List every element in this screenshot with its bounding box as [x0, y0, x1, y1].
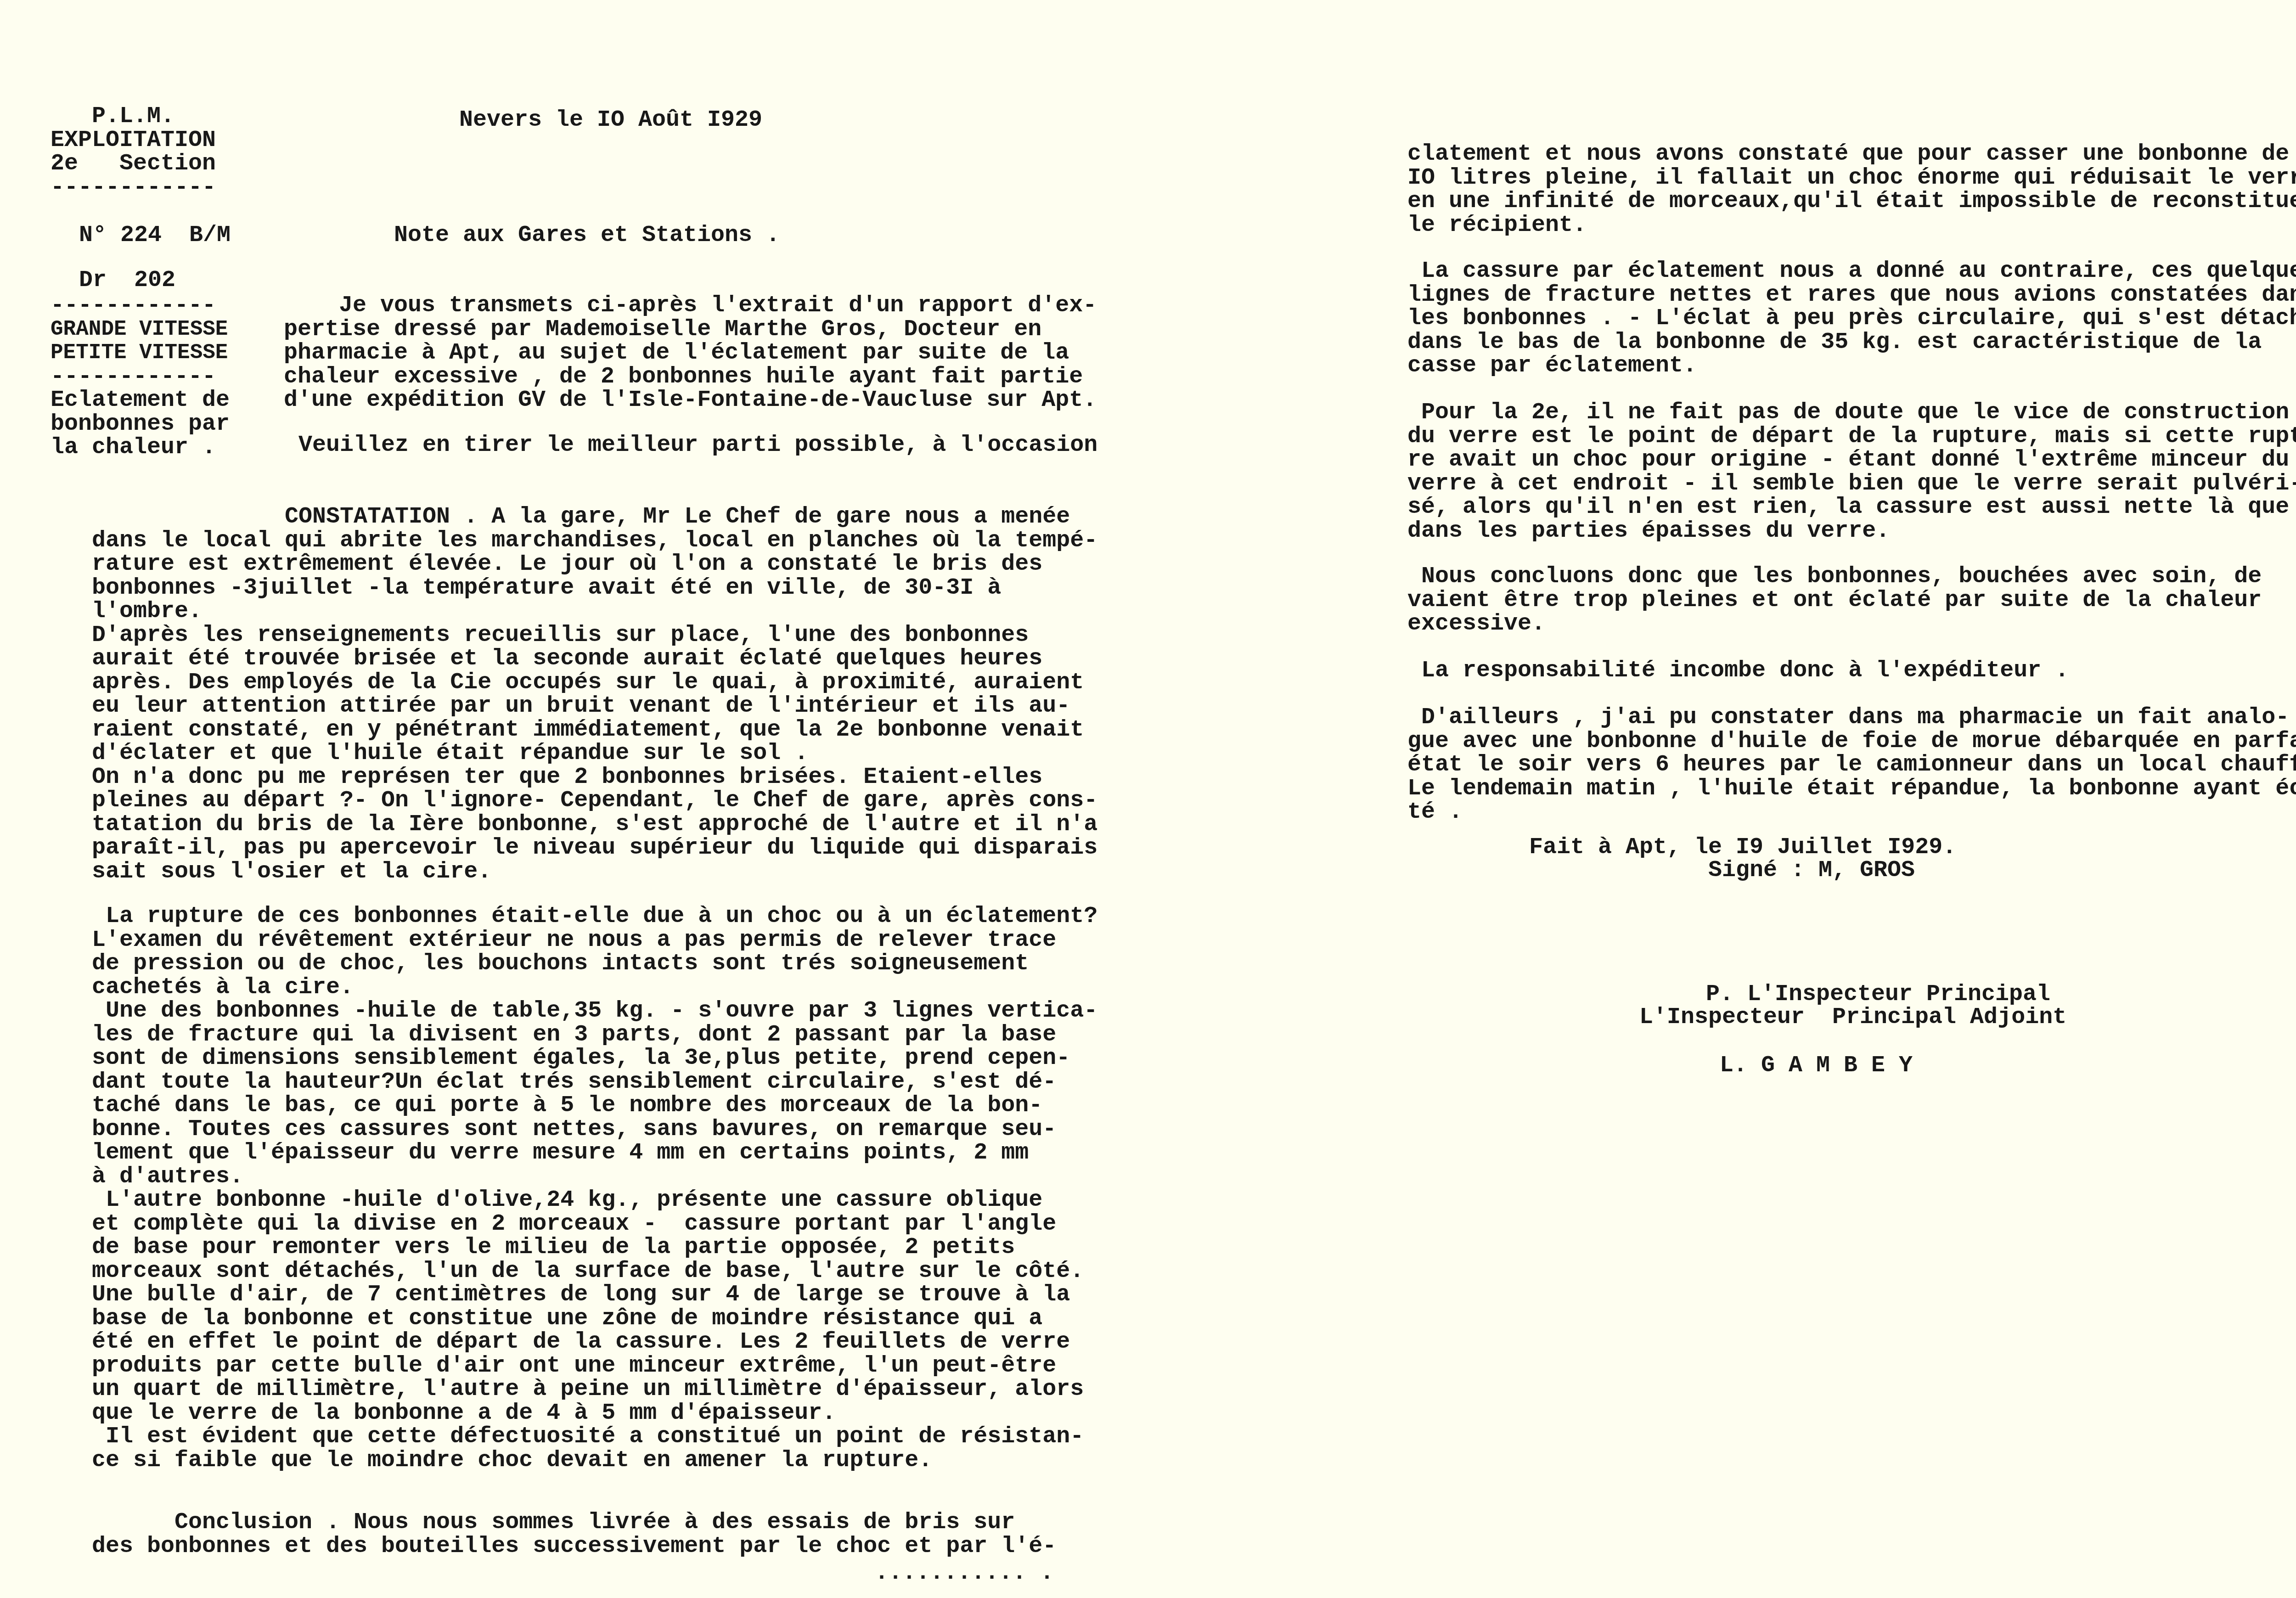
subject-line: la chaleur . [51, 436, 230, 460]
text-line: cachetés à la cire. [92, 976, 1097, 1000]
text-line: rature est extrêmement élevée. Le jour o… [92, 552, 1097, 576]
company-name: P.L.M. [51, 105, 216, 129]
sidebar-separator: ------------ [51, 365, 230, 389]
text-line: été en effet le point de départ de la ca… [92, 1330, 1097, 1354]
text-line: dans le bas de la bonbonne de 35 kg. est… [1407, 331, 2296, 354]
sidebar-separator: ------------ [51, 294, 230, 318]
text-line: IO litres pleine, il fallait un choc éno… [1407, 166, 2296, 190]
text-line: que le verre de la bonbonne a de 4 à 5 m… [92, 1401, 1097, 1425]
header-separator: ------------ [51, 176, 216, 200]
text-line: On n'a donc pu me représen ter que 2 bon… [92, 765, 1097, 789]
text-line: tatation du bris de la Ière bonbonne, s'… [92, 813, 1097, 837]
section-name: 2e Section [51, 152, 216, 176]
report-paragraph: D'ailleurs , j'ai pu constater dans ma p… [1407, 706, 2296, 824]
text-line: et complète qui la divise en 2 morceaux … [92, 1212, 1097, 1236]
text-line: clatement et nous avons constaté que pou… [1407, 142, 2296, 166]
text-line: de base pour remonter vers le milieu de … [92, 1236, 1097, 1260]
text-line: La cassure par éclatement nous a donné a… [1407, 259, 2296, 283]
text-line: taché dans le bas, ce qui porte à 5 le n… [92, 1094, 1097, 1118]
date-line: Nevers le IO Août I929 [459, 108, 762, 132]
request-line: Veuillez en tirer le meilleur parti poss… [257, 433, 1097, 457]
text-line: en une infinité de morceaux,qu'il était … [1407, 190, 2296, 214]
text-line: chaleur excessive , de 2 bonbonnes huile… [284, 365, 1097, 389]
text-line: Nous concluons donc que les bonbonnes, b… [1407, 565, 2262, 589]
text-line: gue avec une bonbonne d'huile de foie de… [1407, 730, 2296, 754]
report-paragraph: Nous concluons donc que les bonbonnes, b… [1407, 565, 2262, 636]
continuation-marker: ........... . [875, 1561, 1054, 1585]
text-line: excessive. [1407, 612, 2262, 636]
report-paragraph: La cassure par éclatement nous a donné a… [1407, 259, 2296, 378]
text-line: Une des bonbonnes -huile de table,35 kg.… [92, 999, 1097, 1023]
text-line: La rupture de ces bonbonnes était-elle d… [92, 905, 1097, 928]
constatation-section: CONSTATATION . A la gare, Mr Le Chef de … [92, 505, 1097, 883]
reference-number: N° 224 B/M [79, 224, 231, 248]
text-line: Pour la 2e, il ne fait pas de doute que … [1407, 401, 2296, 425]
text-line: Je vous transmets ci-après l'extrait d'u… [284, 294, 1097, 318]
text-line: le récipient. [1407, 214, 2296, 237]
text-line: L'autre bonbonne -huile d'olive,24 kg., … [92, 1188, 1097, 1212]
text-line: paraît-il, pas pu apercevoir le niveau s… [92, 836, 1097, 860]
text-line: pleines au départ ?- On l'ignore- Cepend… [92, 789, 1097, 813]
text-line: d'une expédition GV de l'Isle-Fontaine-d… [284, 388, 1097, 412]
text-line: Le lendemain matin , l'huile était répan… [1407, 777, 2296, 801]
text-line: lignes de fracture nettes et rares que n… [1407, 283, 2296, 307]
report-signed-by: Signé : M, GROS [1708, 859, 1915, 883]
dossier-number: Dr 202 [79, 269, 175, 293]
subject-line: bonbonnes par [51, 412, 230, 436]
text-line: ce si faible que le moindre choc devait … [92, 1449, 1097, 1473]
text-line: D'après les renseignements recueillis su… [92, 624, 1097, 647]
signatory-subtitle: L'Inspecteur Principal Adjoint [1639, 1006, 2066, 1030]
text-line: l'ombre. [92, 600, 1097, 624]
letterhead: P.L.M. EXPLOITATION 2e Section ---------… [51, 105, 216, 199]
text-line: dant toute la hauteur?Un éclat trés sens… [92, 1070, 1097, 1094]
sidebar-classification: ------------ GRANDE VITESSE PETITE VITES… [51, 294, 230, 460]
report-place-date: Fait à Apt, le I9 Juillet I929. [1529, 836, 1956, 860]
text-line: sait sous l'osier et la cire. [92, 860, 1097, 884]
service-grande-vitesse: GRANDE VITESSE [51, 318, 230, 342]
text-line: après. Des employés de la Cie occupés su… [92, 671, 1097, 695]
text-line: sé, alors qu'il n'en est rien, la cassur… [1407, 495, 2296, 519]
intro-paragraph: Je vous transmets ci-après l'extrait d'u… [284, 294, 1097, 412]
note-title: Note aux Gares et Stations . [394, 224, 780, 248]
text-line: base de la bonbonne et constitue une zôn… [92, 1307, 1097, 1331]
text-line: L'examen du révêtement extérieur ne nous… [92, 928, 1097, 952]
text-line: du verre est le point de départ de la ru… [1407, 425, 2296, 449]
text-line: aurait été trouvée brisée et la seconde … [92, 647, 1097, 671]
text-line: bonbonnes -3juillet -la température avai… [92, 576, 1097, 600]
rupture-analysis-section: La rupture de ces bonbonnes était-elle d… [92, 905, 1097, 1472]
text-line: pharmacie à Apt, au sujet de l'éclatemen… [284, 341, 1097, 365]
text-line: Conclusion . Nous nous sommes livrée à d… [92, 1511, 1056, 1535]
text-line: les bonbonnes . - L'éclat à peu près cir… [1407, 307, 2296, 331]
signatory-title: P. L'Inspecteur Principal [1706, 983, 2050, 1007]
text-line: vaient être trop pleines et ont éclaté p… [1407, 589, 2262, 613]
text-line: casse par éclatement. [1407, 354, 2296, 378]
text-line: les de fracture qui la divisent en 3 par… [92, 1023, 1097, 1047]
text-line: Une bulle d'air, de 7 centimètres de lon… [92, 1283, 1097, 1307]
conclusion-section: Conclusion . Nous nous sommes livrée à d… [92, 1511, 1056, 1558]
text-line: état le soir vers 6 heures par le camion… [1407, 753, 2296, 777]
text-line: dans le local qui abrite les marchandise… [92, 529, 1097, 553]
text-line: à d'autres. [92, 1165, 1097, 1189]
subject-line: Eclatement de [51, 388, 230, 412]
text-line: morceaux sont détachés, l'un de la surfa… [92, 1260, 1097, 1283]
text-line: de pression ou de choc, les bouchons int… [92, 952, 1097, 976]
text-line: un quart de millimètre, l'autre à peine … [92, 1378, 1097, 1401]
text-line: eu leur attention attirée par un bruit v… [92, 694, 1097, 718]
text-line: té . [1407, 800, 2296, 824]
text-line: re avait un choc pour origine - étant do… [1407, 448, 2296, 472]
text-line: lement que l'épaisseur du verre mesure 4… [92, 1141, 1097, 1165]
text-line: d'éclater et que l'huile était répandue … [92, 742, 1097, 765]
text-line: raient constaté, en y pénétrant immédiat… [92, 718, 1097, 742]
report-paragraph: La responsabilité incombe donc à l'expéd… [1407, 659, 2069, 683]
text-line: bonne. Toutes ces cassures sont nettes, … [92, 1118, 1097, 1142]
text-line: dans les parties épaisses du verre. [1407, 519, 2296, 543]
text-line: verre à cet endroit - il semble bien que… [1407, 472, 2296, 496]
report-paragraph: Pour la 2e, il ne fait pas de doute que … [1407, 401, 2296, 543]
text-line: Il est évident que cette défectuosité a … [92, 1425, 1097, 1449]
text-line: produits par cette bulle d'air ont une m… [92, 1354, 1097, 1378]
text-line: La responsabilité incombe donc à l'expéd… [1407, 659, 2069, 683]
service-petite-vitesse: PETITE VITESSE [51, 341, 230, 365]
signatory-name: L. G A M B E Y [1720, 1054, 1913, 1078]
text-line: CONSTATATION . A la gare, Mr Le Chef de … [92, 505, 1097, 529]
text-line: des bonbonnes et des bouteilles successi… [92, 1535, 1056, 1559]
department-name: EXPLOITATION [51, 129, 216, 152]
text-line: D'ailleurs , j'ai pu constater dans ma p… [1407, 706, 2296, 730]
report-paragraph: clatement et nous avons constaté que pou… [1407, 142, 2296, 237]
text-line: pertise dressé par Mademoiselle Marthe G… [284, 318, 1097, 342]
text-line: sont de dimensions sensiblement égales, … [92, 1047, 1097, 1070]
